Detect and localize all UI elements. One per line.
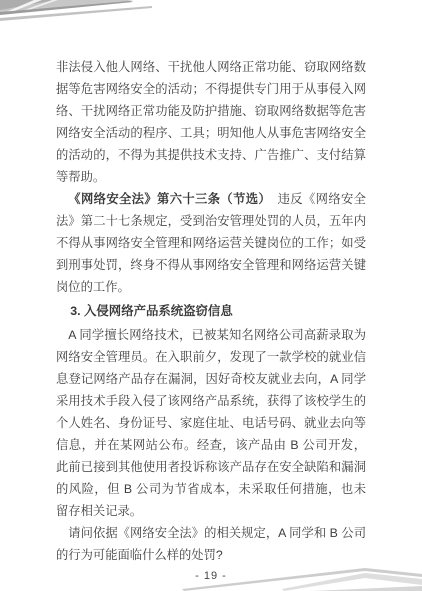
page-text-block: 非法侵入他人网络、干扰他人网络正常功能、窃取网络数据等危害网络安全的活动；不得提…	[56, 56, 366, 566]
corner-decoration-top-left-icon	[0, 0, 160, 26]
paragraph-case-body: A 同学擅长网络技术，已被某知名网络公司高薪录取为网络安全管理员。在入职前夕，发…	[56, 324, 366, 522]
section-heading-case3: 3. 入侵网络产品系统盗窃信息	[56, 300, 366, 322]
page-number: - 19 -	[56, 570, 366, 583]
book-page: 非法侵入他人网络、干扰他人网络正常功能、窃取网络数据等危害网络安全的活动；不得提…	[0, 0, 422, 591]
paragraph-law63-excerpt: 《网络安全法》第六十三条（节选） 违反《网络安全法》第二十七条规定，受到治安管理…	[56, 188, 366, 298]
law63-citation-body: 违反《网络安全法》第二十七条规定，受到治安管理处罚的人员，五年内不得从事网络安全…	[56, 192, 366, 294]
paragraph-law27-continuation: 非法侵入他人网络、干扰他人网络正常功能、窃取网络数据等危害网络安全的活动；不得提…	[56, 56, 366, 188]
paragraph-question: 请问依据《网络安全法》的相关规定，A 同学和 B 公司的行为可能面临什么样的处罚…	[56, 522, 366, 566]
law63-citation-lead: 《网络安全法》第六十三条（节选）	[68, 192, 265, 206]
